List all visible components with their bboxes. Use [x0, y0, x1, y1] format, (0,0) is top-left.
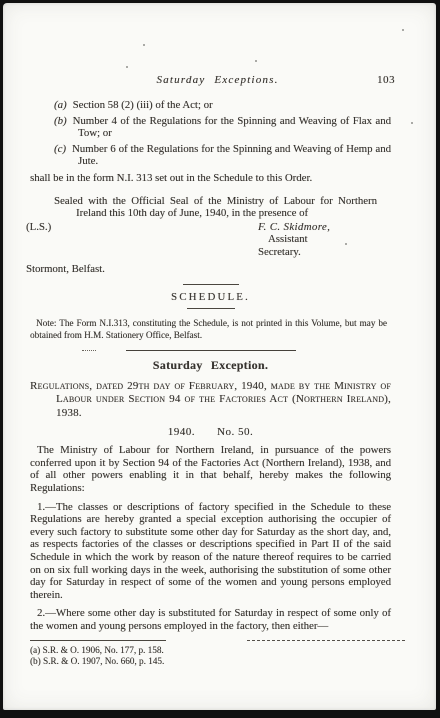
- signature-name: F. C. Skidmore,: [258, 221, 330, 233]
- schedule-note: Note: The Form N.I.313, constituting the…: [30, 318, 391, 341]
- clause-c-label: (c): [54, 143, 66, 155]
- signature-row: (L.S.) F. C. Skidmore, Assistant Secreta…: [30, 221, 391, 259]
- regulation-paragraph-2: 2.—Where some other day is substituted f…: [30, 607, 391, 632]
- sealed-paragraph: Sealed with the Official Seal of the Min…: [30, 195, 391, 220]
- footnote-b: (b) S.R. & O. 1907, No. 660, p. 145.: [30, 656, 391, 667]
- section-divider-rule: [126, 350, 296, 351]
- scanned-page: Saturday Exceptions. 103 (a)Section 58 (…: [3, 3, 436, 710]
- signature-block: F. C. Skidmore, Assistant Secretary.: [258, 221, 335, 259]
- instrument-year: 1940.: [168, 426, 195, 438]
- regulation-paragraph-1: 1.—The classes or descriptions of factor…: [30, 501, 391, 602]
- page-content: Saturday Exceptions. 103 (a)Section 58 (…: [30, 3, 391, 667]
- clause-b-label: (b): [54, 115, 67, 127]
- divider-dash: [82, 350, 96, 351]
- clause-a: (a)Section 58 (2) (iii) of the Act; or: [30, 99, 391, 112]
- form-line: shall be in the form N.I. 313 set out in…: [30, 172, 391, 185]
- schedule-heading: SCHEDULE.: [30, 291, 391, 303]
- page-number: 103: [377, 73, 395, 87]
- running-head-title: Saturday Exceptions.: [30, 73, 391, 87]
- footnotes: (a) S.R. & O. 1906, No. 177, p. 158. (b)…: [30, 645, 391, 667]
- section-heading: Saturday Exception.: [30, 358, 391, 373]
- clause-b-text: Number 4 of the Regulations for the Spin…: [73, 115, 391, 140]
- regulations-heading: Regulations, dated 29th day of February,…: [30, 380, 391, 420]
- clause-a-text: Section 58 (2) (iii) of the Act; or: [73, 99, 213, 111]
- footnote-a: (a) S.R. & O. 1906, No. 177, p. 158.: [30, 645, 391, 656]
- clause-c-text: Number 6 of the Regulations for the Spin…: [72, 143, 391, 168]
- running-head: Saturday Exceptions. 103: [30, 73, 391, 87]
- signature-title: Assistant Secretary.: [258, 233, 308, 258]
- footnote-separator: [30, 640, 391, 641]
- footnote-rule-left: [30, 640, 166, 641]
- clause-list: (a)Section 58 (2) (iii) of the Act; or (…: [30, 99, 391, 168]
- place-line: Stormont, Belfast.: [26, 263, 391, 276]
- scan-speck: [402, 29, 404, 31]
- divider-rule: [187, 308, 235, 309]
- divider-rule: [183, 284, 239, 285]
- instrument-number-line: 1940.No. 50.: [30, 426, 391, 438]
- clause-c: (c)Number 6 of the Regulations for the S…: [30, 143, 391, 168]
- clause-a-label: (a): [54, 99, 67, 111]
- instrument-number: No. 50.: [217, 426, 253, 438]
- seal-mark: (L.S.): [26, 221, 51, 234]
- footnote-rule-right: [247, 640, 405, 641]
- intro-paragraph: The Ministry of Labour for Northern Irel…: [30, 444, 391, 494]
- scan-speck: [411, 122, 413, 124]
- clause-b: (b)Number 4 of the Regulations for the S…: [30, 115, 391, 140]
